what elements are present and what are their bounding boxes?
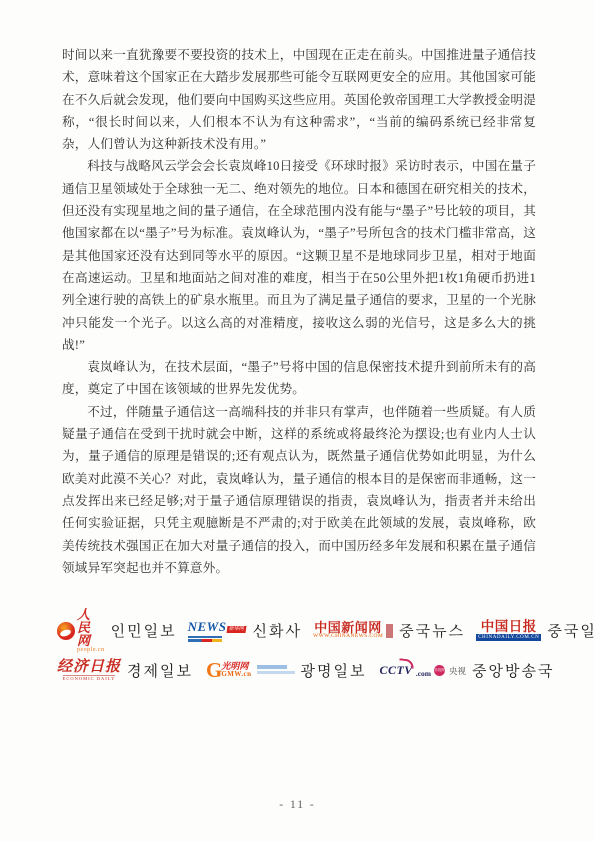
- people-cn-logo-text: 人民网: [77, 608, 105, 647]
- media-item-xinhua: NEWS 新华网 신화사: [188, 620, 302, 642]
- people-daily-label: 인민일보: [111, 620, 177, 641]
- media-item-china-daily: 中国日报 CHINADAILY.COM.CN 중국일보: [476, 620, 595, 641]
- economic-daily-label: 경제일보: [127, 660, 193, 681]
- media-item-china-news: 中国新闻网 WWW.CHINANEWS.COM 중국뉴스: [313, 620, 465, 641]
- xinhua-decor-bars: [188, 636, 222, 642]
- media-logo-row-2: 经济日报 ECONOMIC DAILY 경제일보 G 光明网 GMW.cn: [57, 660, 539, 682]
- paragraph-yuan-interview: 科技与战略风云学会会长袁岚峰10日接受《环球时报》采访时表示，中国在量子通信卫星…: [62, 155, 536, 356]
- paragraph-technical-level: 袁岚峰认为，在技术层面，“墨子”号将中国的信息保密技术提升到前所未有的高度，奠定…: [62, 356, 536, 401]
- china-news-logo-url: WWW.CHINANEWS.COM: [313, 634, 383, 640]
- cctv-com-text: .com: [416, 669, 431, 678]
- media-item-economic-daily: 经济日报 ECONOMIC DAILY 경제일보: [57, 660, 193, 682]
- cctv-label: 중앙방송국: [472, 660, 554, 681]
- china-daily-logo-url: CHINADAILY.COM.CN: [476, 634, 541, 641]
- guangming-g-icon: G: [206, 661, 222, 680]
- economic-daily-logo-sub: ECONOMIC DAILY: [63, 675, 116, 682]
- xinhua-flag-icon: 新华网: [227, 626, 247, 633]
- media-item-guangming: G 光明网 GMW.cn 광명일보: [206, 660, 366, 681]
- china-news-seal-icon: [386, 624, 393, 638]
- cctv-yangshi-text: 央视: [449, 665, 466, 677]
- media-logos-section: 人民网 people.cn 인민일보 NEWS 新华网: [57, 608, 539, 689]
- xinhua-news-text: NEWS: [188, 620, 227, 633]
- media-logo-row-1: 人民网 people.cn 인민일보 NEWS 新华网: [57, 608, 539, 653]
- economic-daily-logo: 经济日报 ECONOMIC DAILY: [57, 660, 121, 682]
- guangming-logo: G 光明网 GMW.cn: [206, 661, 295, 680]
- cctv-logo: CCTV .com 央视网 央视: [379, 663, 466, 678]
- document-page: 时间以来一直犹豫要不要投资的技术上，中国现在正走在前头。中国推进量子通信技术，意…: [0, 0, 595, 842]
- media-item-cctv: CCTV .com 央视网 央视 중앙방송국: [379, 660, 554, 681]
- china-daily-label: 중국일보: [547, 620, 595, 641]
- china-daily-logo: 中国日报 CHINADAILY.COM.CN: [476, 620, 541, 641]
- china-daily-logo-text: 中国日报: [481, 620, 537, 634]
- guangming-logo-url: GMW.cn: [221, 671, 251, 678]
- guangming-decor-lines: [257, 665, 295, 674]
- paragraph-continuation: 时间以来一直犹豫要不要投资的技术上，中国现在正走在前头。中国推进量子通信技术，意…: [62, 44, 536, 155]
- people-cn-logo: 人民网 people.cn: [57, 608, 105, 653]
- guangming-label: 광명일보: [301, 660, 367, 681]
- xinhua-logo: NEWS 新华网: [188, 620, 247, 642]
- xinhua-label: 신화사: [253, 620, 302, 641]
- cctv-badge-icon: 央视网: [434, 665, 445, 676]
- people-cn-swirl-icon: [57, 622, 75, 640]
- cctv-wordmark: CCTV: [379, 663, 412, 678]
- china-news-logo: 中国新闻网 WWW.CHINANEWS.COM: [313, 621, 393, 640]
- china-news-label: 중국뉴스: [399, 620, 465, 641]
- economic-daily-logo-text: 经济日报: [57, 660, 121, 675]
- article-body: 时间以来一直犹豫要不要投资的技术上，中国现在正走在前头。中国推进量子通信技术，意…: [62, 44, 536, 579]
- paragraph-skepticism: 不过，伴随量子通信这一高端科技的并非只有掌声，也伴随着一些质疑。有人质疑量子通信…: [62, 401, 536, 579]
- people-cn-logo-url: people.cn: [77, 647, 105, 653]
- page-number: - 11 -: [0, 799, 595, 811]
- media-item-people-daily: 人民网 people.cn 인민일보: [57, 608, 177, 653]
